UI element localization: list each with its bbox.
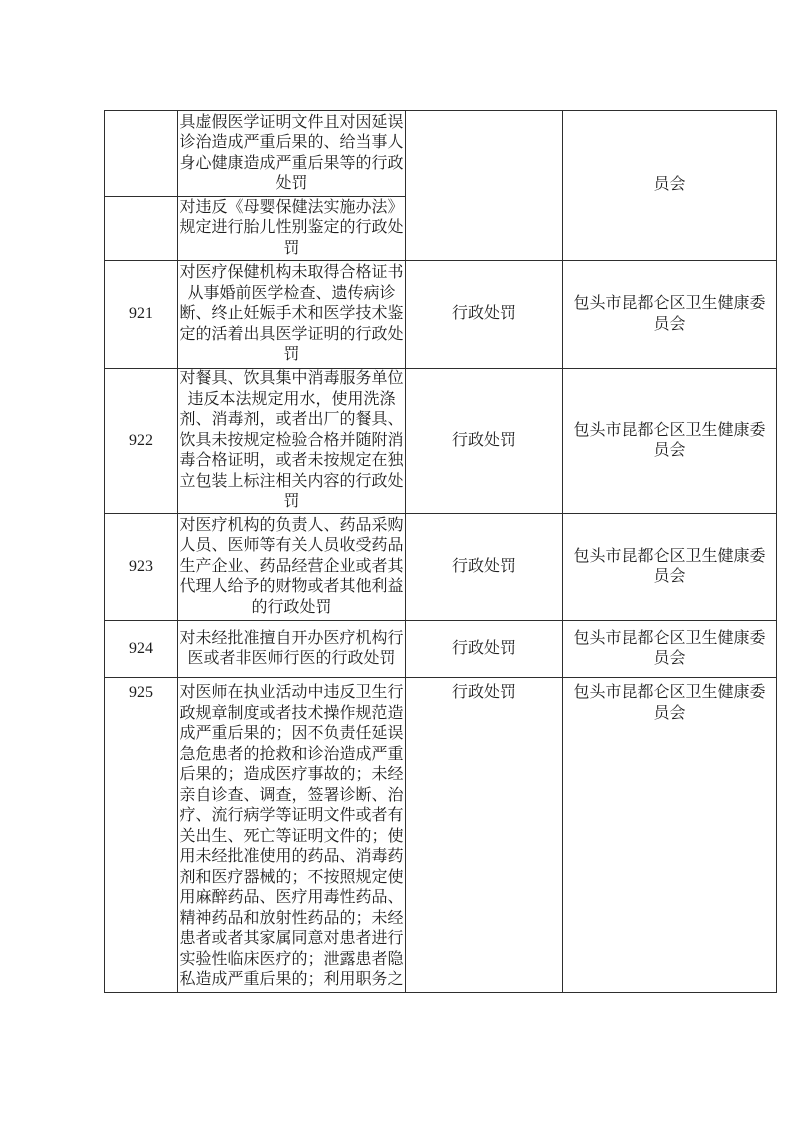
- description-cell: 对违反《母婴保健法实施办法》 规定进行胎儿性别鉴定的行政处 罚: [178, 197, 406, 261]
- table-row: 921 对医疗保健机构未取得合格证书 从事婚前医学检查、遗传病诊 断、终止妊娠手…: [105, 261, 777, 369]
- description-cell: 对未经批准擅自开办医疗机构行 医或者非医师行医的行政处罚: [178, 621, 406, 678]
- row-number-cell: 925: [105, 678, 178, 993]
- type-cell: 行政处罚: [406, 621, 563, 678]
- table-row: 922 对餐具、饮具集中消毒服务单位 违反本法规定用水，使用洗涤 剂、消毒剂，或…: [105, 369, 777, 514]
- description-cell: 对医师在执业活动中违反卫生行 政规章制度或者技术操作规范造 成严重后果的；因不负…: [178, 678, 406, 993]
- row-number-cell: 923: [105, 514, 178, 621]
- type-cell: 行政处罚: [406, 514, 563, 621]
- authority-cell: 包头市昆都仑区卫生健康委 员会: [563, 514, 777, 621]
- table-row: 924 对未经批准擅自开办医疗机构行 医或者非医师行医的行政处罚 行政处罚 包头…: [105, 621, 777, 678]
- document-page: 具虚假医学证明文件且对因延误 诊治造成严重后果的、给当事人 身心健康造成严重后果…: [0, 0, 793, 1122]
- type-cell: [406, 111, 563, 261]
- authority-cell: 包头市昆都仑区卫生健康委 员会: [563, 261, 777, 369]
- authority-cell: 包头市昆都仑区卫生健康委 员会: [563, 621, 777, 678]
- row-number-cell: 921: [105, 261, 178, 369]
- administrative-penalty-table: 具虚假医学证明文件且对因延误 诊治造成严重后果的、给当事人 身心健康造成严重后果…: [104, 110, 777, 993]
- row-number-cell: 924: [105, 621, 178, 678]
- table-row: 具虚假医学证明文件且对因延误 诊治造成严重后果的、给当事人 身心健康造成严重后果…: [105, 111, 777, 197]
- description-cell: 具虚假医学证明文件且对因延误 诊治造成严重后果的、给当事人 身心健康造成严重后果…: [178, 111, 406, 197]
- table-row: 925 对医师在执业活动中违反卫生行 政规章制度或者技术操作规范造 成严重后果的…: [105, 678, 777, 993]
- type-cell: 行政处罚: [406, 369, 563, 514]
- description-cell: 对餐具、饮具集中消毒服务单位 违反本法规定用水，使用洗涤 剂、消毒剂，或者出厂的…: [178, 369, 406, 514]
- authority-cell: 员会: [563, 111, 777, 261]
- row-number-cell: [105, 111, 178, 197]
- authority-cell: 包头市昆都仑区卫生健康委 员会: [563, 678, 777, 993]
- description-cell: 对医疗机构的负责人、药品采购 人员、医师等有关人员收受药品 生产企业、药品经营企…: [178, 514, 406, 621]
- description-cell: 对医疗保健机构未取得合格证书 从事婚前医学检查、遗传病诊 断、终止妊娠手术和医学…: [178, 261, 406, 369]
- authority-cell: 包头市昆都仑区卫生健康委 员会: [563, 369, 777, 514]
- type-cell: 行政处罚: [406, 261, 563, 369]
- table-row: 923 对医疗机构的负责人、药品采购 人员、医师等有关人员收受药品 生产企业、药…: [105, 514, 777, 621]
- type-cell: 行政处罚: [406, 678, 563, 993]
- row-number-cell: 922: [105, 369, 178, 514]
- row-number-cell: [105, 197, 178, 261]
